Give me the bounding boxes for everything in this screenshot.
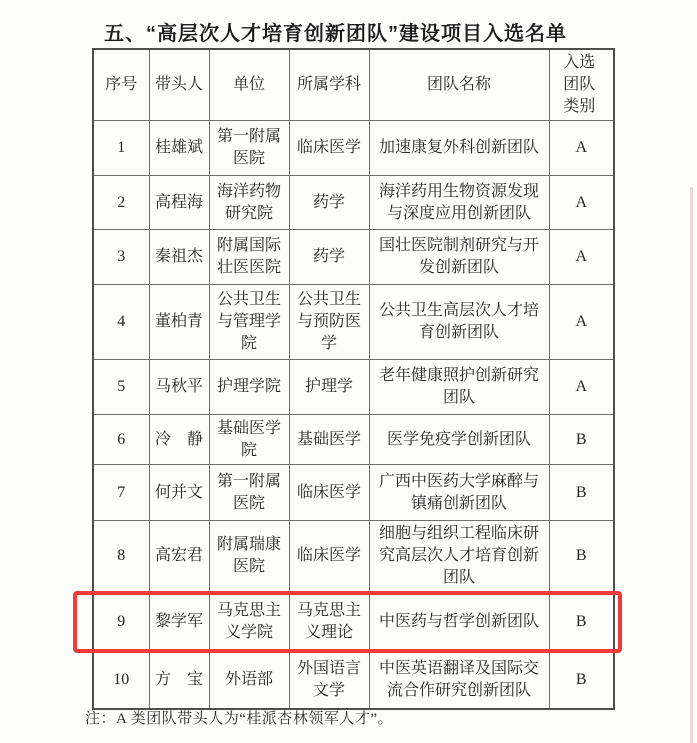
cell-team: 细胞与组织工程临床研究高层次人才培育创新团队 [369,521,549,592]
cell-discipline: 外国语言文学 [289,652,369,709]
cell-team: 海洋药用生物资源发现与深度应用创新团队 [369,176,549,230]
cell-team: 中医英语翻译及国际交流合作研究创新团队 [369,652,549,709]
header-no: 序号 [93,49,149,121]
cell-unit: 海洋药物研究院 [209,176,289,230]
cell-discipline: 临床医学 [289,465,369,521]
cell-unit: 马克思主义学院 [209,592,289,652]
cell-leader: 何并文 [149,465,209,521]
table-header: 序号 带头人 单位 所属学科 团队名称 入选团队类别 [93,49,614,121]
cell-category: B [549,592,614,652]
header-leader: 带头人 [149,49,209,121]
cell-no: 5 [93,360,149,415]
cell-unit: 第一附属医院 [209,121,289,176]
cell-team: 加速康复外科创新团队 [369,121,549,176]
cell-unit: 附属国际壮医医院 [209,230,289,285]
cell-no: 3 [93,230,149,285]
page-title: 五、“高层次人才培育创新团队”建设项目入选名单 [104,17,567,46]
cell-leader: 董柏青 [149,285,209,360]
cell-category: A [549,176,614,230]
cell-no: 2 [93,176,149,230]
table-row: 3 秦祖杰 附属国际壮医医院 药学 国壮医院制剂研究与开发创新团队 A [93,230,614,285]
cell-leader: 秦祖杰 [149,230,209,285]
cell-category: A [549,121,614,176]
cell-unit: 第一附属医院 [209,465,289,521]
table-body: 1 桂雄斌 第一附属医院 临床医学 加速康复外科创新团队 A 2 高程海 海洋药… [93,121,614,709]
cell-leader: 方 宝 [149,652,209,709]
header-team: 团队名称 [369,49,549,121]
table-row: 2 高程海 海洋药物研究院 药学 海洋药用生物资源发现与深度应用创新团队 A [93,176,614,230]
scan-edge-artifact [690,187,693,743]
cell-leader: 桂雄斌 [149,121,209,176]
cell-category: B [549,415,614,465]
cell-category: A [549,285,614,360]
cell-leader: 高程海 [149,176,209,230]
cell-team: 国壮医院制剂研究与开发创新团队 [369,230,549,285]
cell-team: 广西中医药大学麻醉与镇痛创新团队 [369,465,549,521]
cell-unit: 基础医学院 [209,415,289,465]
cell-no: 9 [93,592,149,652]
table-row: 8 高宏君 附属瑞康医院 临床医学 细胞与组织工程临床研究高层次人才培育创新团队… [93,521,614,592]
cell-discipline: 临床医学 [289,521,369,592]
cell-category: B [549,521,614,592]
cell-discipline: 护理学 [289,360,369,415]
cell-discipline: 公共卫生与预防医学 [289,285,369,360]
footnote: 注：A 类团队带头人为“桂派杏林领军人才”。 [85,707,393,728]
cell-no: 8 [93,521,149,592]
cell-team: 医学免疫学创新团队 [369,415,549,465]
cell-discipline: 药学 [289,176,369,230]
cell-unit: 附属瑞康医院 [209,521,289,592]
cell-unit: 护理学院 [209,360,289,415]
cell-no: 1 [93,121,149,176]
cell-discipline: 药学 [289,230,369,285]
cell-unit: 外语部 [209,652,289,709]
header-category: 入选团队类别 [549,49,614,121]
table-row: 7 何并文 第一附属医院 临床医学 广西中医药大学麻醉与镇痛创新团队 B [93,465,614,521]
cell-category: A [549,360,614,415]
cell-category: B [549,652,614,709]
table-row: 5 马秋平 护理学院 护理学 老年健康照护创新研究团队 A [93,360,614,415]
table-row-highlighted: 9 黎学军 马克思主义学院 马克思主义理论 中医药与哲学创新团队 B [93,592,614,652]
cell-discipline: 马克思主义理论 [289,592,369,652]
table-row: 4 董柏青 公共卫生与管理学院 公共卫生与预防医学 公共卫生高层次人才培育创新团… [93,285,614,360]
header-unit: 单位 [209,49,289,121]
cell-leader: 马秋平 [149,360,209,415]
header-discipline: 所属学科 [289,49,369,121]
cell-no: 10 [93,652,149,709]
selected-teams-table: 序号 带头人 单位 所属学科 团队名称 入选团队类别 1 桂雄斌 第一附属医院 … [92,48,615,710]
cell-unit: 公共卫生与管理学院 [209,285,289,360]
cell-leader: 高宏君 [149,521,209,592]
cell-team: 中医药与哲学创新团队 [369,592,549,652]
cell-team: 老年健康照护创新研究团队 [369,360,549,415]
cell-discipline: 临床医学 [289,121,369,176]
cell-discipline: 基础医学 [289,415,369,465]
table-row: 1 桂雄斌 第一附属医院 临床医学 加速康复外科创新团队 A [93,121,614,176]
cell-category: A [549,230,614,285]
cell-no: 7 [93,465,149,521]
cell-leader: 冷 静 [149,415,209,465]
header-row: 序号 带头人 单位 所属学科 团队名称 入选团队类别 [93,49,614,121]
table-row: 6 冷 静 基础医学院 基础医学 医学免疫学创新团队 B [93,415,614,465]
cell-category: B [549,465,614,521]
cell-no: 6 [93,415,149,465]
cell-no: 4 [93,285,149,360]
document-page: 五、“高层次人才培育创新团队”建设项目入选名单 序号 带头人 单位 所属学科 团… [0,0,697,743]
cell-leader: 黎学军 [149,592,209,652]
table-row: 10 方 宝 外语部 外国语言文学 中医英语翻译及国际交流合作研究创新团队 B [93,652,614,709]
header-category-label: 入选团队类别 [563,52,599,118]
cell-team: 公共卫生高层次人才培育创新团队 [369,285,549,360]
